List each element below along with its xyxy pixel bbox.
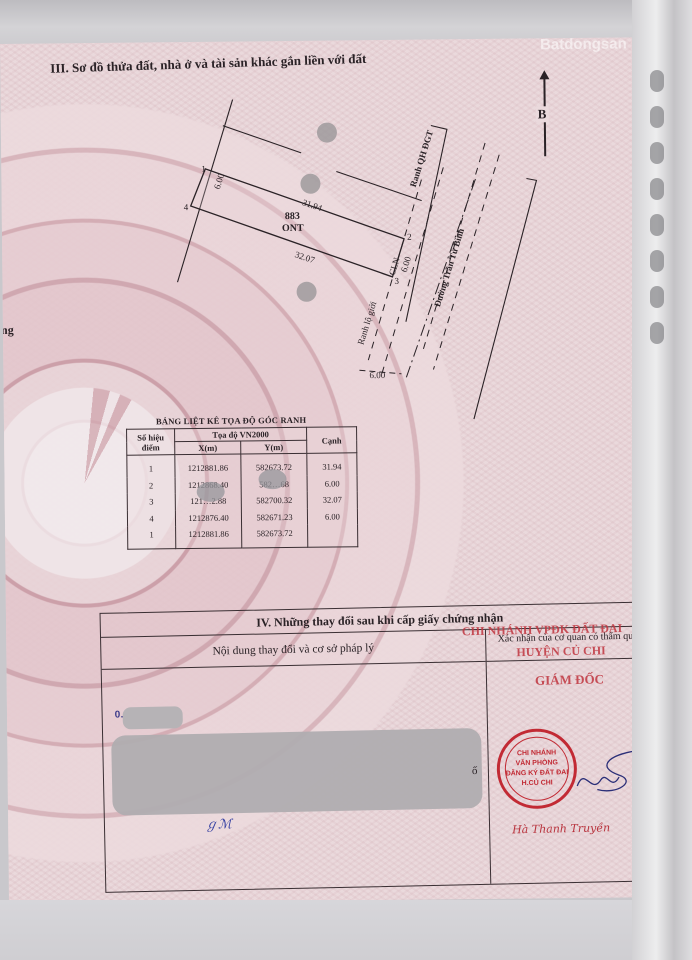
stamp-header-2: HUYỆN CỦ CHI — [516, 643, 606, 660]
cell-edge: 32.07 — [307, 491, 357, 508]
redaction-blur — [111, 728, 483, 816]
cell-y: 582671.23 — [241, 508, 307, 525]
cell-edge: 31.94 — [307, 453, 357, 476]
header-edge: Cạnh — [307, 427, 357, 454]
cell-point: 2 — [127, 477, 175, 494]
initials-signature: ℊℳ — [205, 813, 232, 833]
section-iv-changes: IV. Những thay đổi sau khi cấp giấy chứn… — [100, 601, 649, 893]
parcel-land-use: ONT — [282, 223, 304, 234]
cell-edge: 6.00 — [307, 475, 357, 492]
header-y: Y(m) — [241, 440, 307, 454]
stamp-title: GIÁM ĐỐC — [535, 671, 604, 688]
header-point: Số hiệu điểm — [127, 429, 175, 456]
cell-y: 582673.72 — [242, 525, 308, 548]
land-certificate-page: Batdongsan III. Sơ đồ thửa đất, nhà ở và… — [0, 37, 649, 904]
table-row: 1 1212881.86 582673.72 31.94 — [127, 453, 357, 477]
header-x: X(m) — [175, 441, 241, 455]
coordinate-table-title: BẢNG LIỆT KÊ TỌA ĐỘ GÓC RANH — [156, 415, 306, 427]
table-row: 1 1212881.86 582673.72 — [128, 524, 358, 548]
change-content-header: Nội dung thay đổi và cơ sở pháp lý — [101, 630, 486, 670]
point-2-label: 2 — [407, 232, 412, 242]
point-3-label: 3 — [394, 276, 399, 286]
redaction-dot — [297, 282, 317, 302]
cell-x: 1212876.40 — [175, 509, 241, 526]
cell-point: 1 — [127, 455, 175, 478]
binder-sleeve-edge — [632, 0, 692, 960]
cell-x: 1212881.86 — [175, 454, 241, 477]
cell-y: 582700.32 — [241, 492, 307, 509]
road-width-label: 6.00 — [369, 370, 385, 380]
redaction-dot — [317, 122, 337, 142]
redaction-blur — [122, 706, 182, 729]
point-1-label: 1 — [201, 164, 206, 174]
authority-column: Xác nhận của cơ quan có thẩm quyền CHI N… — [486, 626, 649, 884]
road-boundary-label: Ranh lộ giới — [356, 300, 379, 346]
cell-edge: 6.00 — [307, 508, 357, 525]
cell-x: 1212881.86 — [176, 525, 242, 548]
signer-name: Hà Thanh Truyền — [512, 821, 610, 836]
entry-fragment: ố — [472, 765, 478, 777]
redaction-dot — [300, 174, 320, 194]
cell-point: 3 — [127, 493, 175, 510]
seal-line: ĐĂNG KÝ ĐẤT ĐAI — [506, 768, 569, 779]
official-seal: CHI NHÁNH VĂN PHÒNG ĐĂNG KÝ ĐẤT ĐAI H.CỦ… — [496, 728, 578, 810]
seal-line: H.CỦ CHI — [522, 778, 553, 789]
point-4-label: 4 — [184, 202, 189, 212]
seal-line: CHI NHÁNH — [517, 748, 556, 759]
cell-point: 4 — [127, 510, 175, 527]
seal-line: VĂN PHÒNG — [515, 758, 558, 769]
change-content-column: Nội dung thay đổi và cơ sở pháp lý 0… 20… — [101, 630, 491, 892]
parcel-number: 883 — [285, 211, 300, 222]
coordinate-table: Số hiệu điểm Tọa độ VN2000 Cạnh X(m) Y(m… — [126, 426, 358, 549]
parcel-diagram: 6.00 31.94 32.07 883 ONT 6.00 1 2 3 4 Ra… — [0, 37, 644, 444]
cell-point: 1 — [128, 526, 176, 549]
left-fragment-1: ng — [1, 323, 14, 337]
cell-edge — [308, 524, 358, 547]
edge-bottom-label: 32.07 — [294, 249, 317, 265]
edge-right-label: 6.00 — [399, 255, 413, 273]
planning-boundary-label: Ranh QH ĐGT — [408, 129, 435, 188]
plastic-sleeve-bottom — [0, 900, 692, 960]
road-name-label: Đường Trần Tử Bình — [432, 227, 466, 308]
